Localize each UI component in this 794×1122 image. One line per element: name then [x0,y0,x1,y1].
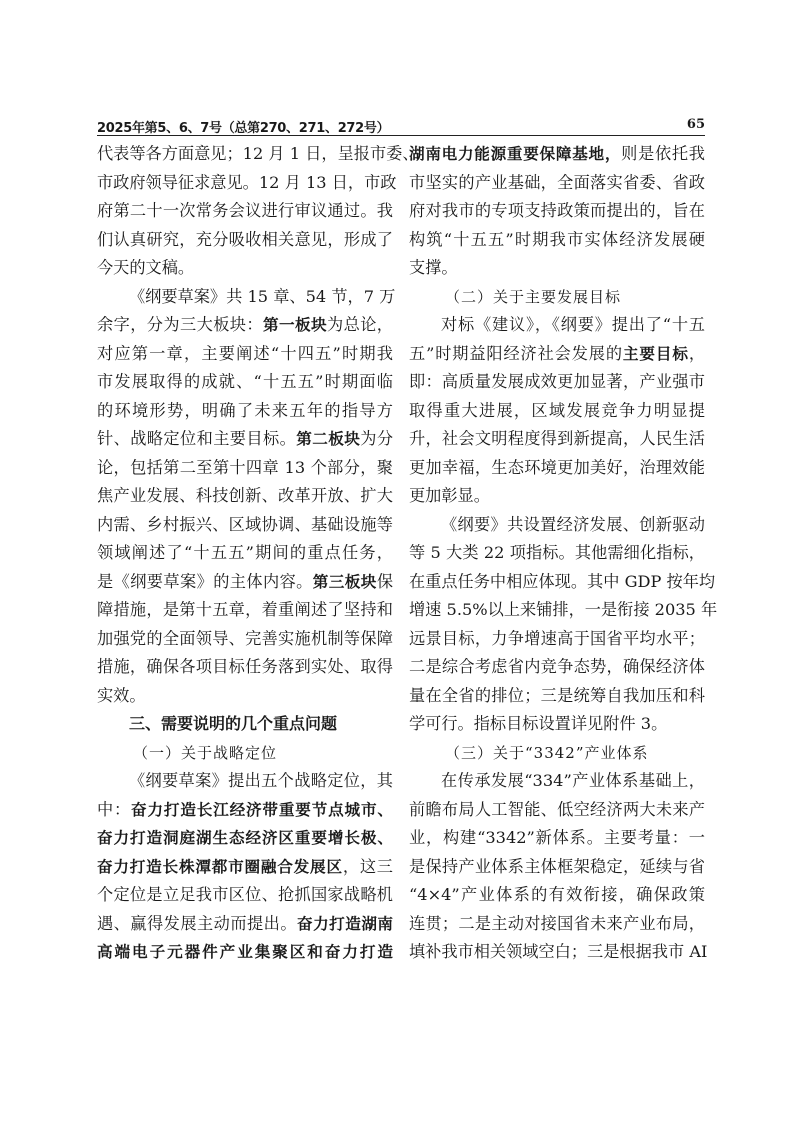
text-line: 是保持产业体系主体框架稳定，延续与省 [409,853,705,882]
text-segment: 填补我市相关领域空白；三是根据我市 AI [409,942,707,961]
text-segment: 保 [377,572,393,591]
bold-text: 第二板块 [296,430,360,448]
text-line: 前瞻布局人工智能、低空经济两大未来产 [409,796,705,825]
text-segment: 增速 5.5%以上来铺排，一是衔接 2035 年 [409,600,717,619]
text-segment: 对应第一章，主要阐述“十四五”时期我 [97,344,393,363]
text-segment: 针、战略定位和主要目标。 [97,429,296,448]
text-segment: 焦产业发展、科技创新、改革开放、扩大 [97,486,393,505]
text-segment: ，这三 [343,857,393,876]
text-segment: 为总论， [327,315,393,334]
bold-text: 奋力打造长株潭都市圈融合发展区 [97,858,343,876]
text-segment: 内需、乡村振兴、区域协调、基础设施等 [97,515,393,534]
text-segment: 更加幸福，生态环境更加美好，治理效能 [409,458,705,477]
text-line: 市坚实的产业基础，全面落实省委、省政 [409,169,705,198]
text-line: 构筑“十五五”时期我市实体经济发展硬 [409,226,705,255]
text-segment: 障措施，是第十五章，着重阐述了坚持和 [97,600,393,619]
text-segment: 前瞻布局人工智能、低空经济两大未来产 [409,800,705,819]
text-segment: 三、需要说明的几个重点问题 [129,714,337,733]
issue-info: 2025年第5、6、7号（总第270、271、272号） [97,117,389,136]
text-segment: 等 5 大类 22 项指标。其他需细化指标， [409,543,705,562]
text-segment: 论，包括第二至第十四章 13 个部分，聚 [97,458,393,477]
text-segment: 《纲要草案》提出五个战略定位，其 [129,771,393,790]
text-segment: （二）关于主要发展目标 [445,288,621,306]
text-line: 二是综合考虑省内竞争态势，确保经济体 [409,653,705,682]
text-segment: 余字，分为三大板块： [97,315,263,334]
text-line: 等 5 大类 22 项指标。其他需细化指标， [409,539,705,568]
text-line: 针、战略定位和主要目标。第二板块为分 [97,425,393,454]
text-line: “4×4”产业体系的有效衔接，确保政策 [409,881,705,910]
text-segment: （一）关于战略定位 [133,744,277,762]
bold-text: 第三板块 [313,573,377,591]
text-segment: 是保持产业体系主体框架稳定，延续与省 [409,857,705,876]
text-segment: 的环境形势，明确了未来五年的指导方 [97,401,393,420]
bold-text: 湖南电力能源重要保障基地， [409,145,621,163]
text-segment: 市坚实的产业基础，全面落实省委、省政 [409,173,705,192]
text-segment: 中： [97,800,131,819]
header-rule [97,135,705,136]
text-segment: 市政府领导征求意见。12 月 13 日，市政 [97,173,396,192]
text-line: 内需、乡村振兴、区域协调、基础设施等 [97,511,393,540]
text-segment: 今天的文稿。 [97,258,194,277]
text-line: 府对我市的专项支持政策而提出的，旨在 [409,197,705,226]
left-column: 代表等各方面意见；12 月 1 日，呈报市委、市政府领导征求意见。12 月 13… [97,140,393,967]
text-line: 奋力打造长株潭都市圈融合发展区，这三 [97,853,393,882]
text-line: 量在全省的排位；三是统筹自我加压和科 [409,682,705,711]
text-line: 个定位是立足我市区位、抢抓国家战略机 [97,881,393,910]
text-segment: 措施，确保各项目标任务落到实处、取得 [97,657,393,676]
text-line: 今天的文稿。 [97,254,393,283]
text-segment: （三）关于“3342”产业体系 [445,744,649,762]
section-heading: 三、需要说明的几个重点问题 [97,710,393,739]
text-line: 增速 5.5%以上来铺排，一是衔接 2035 年 [409,596,705,625]
text-line: 填补我市相关领域空白；三是根据我市 AI [409,938,705,967]
text-segment: 们认真研究，充分吸收相关意见，形成了 [97,230,393,249]
text-line: 市发展取得的成就、“十五五”时期面临 [97,368,393,397]
text-segment: 个定位是立足我市区位、抢抓国家战略机 [97,885,393,904]
text-segment: “4×4”产业体系的有效衔接，确保政策 [409,885,705,904]
text-segment: 遇、赢得发展主动而提出。 [97,914,297,933]
text-segment: 市发展取得的成就、“十五五”时期面临 [97,372,393,391]
text-segment: 则是依托我 [621,144,705,163]
text-line: 市政府领导征求意见。12 月 13 日，市政 [97,169,393,198]
text-segment: 府第二十一次常务会议进行审议通过。我 [97,201,393,220]
text-segment: 量在全省的排位；三是统筹自我加压和科 [409,686,705,705]
text-segment: 代表等各方面意见；12 月 1 日，呈报市委、 [97,144,419,163]
text-line: 实效。 [97,682,393,711]
text-segment: 支撑。 [409,258,458,277]
text-segment: 取得重大进展，区域发展竞争力明显提 [409,401,705,420]
text-line: 府第二十一次常务会议进行审议通过。我 [97,197,393,226]
text-line: 业，构建“3342”新体系。主要考量：一 [409,824,705,853]
bold-text: 奋力打造洞庭湖生态经济区重要增长极、 [97,829,393,847]
text-line: 加强党的全面领导、完善实施机制等保障 [97,625,393,654]
bold-text: 第一板块 [263,316,327,334]
text-line: 对应第一章，主要阐述“十四五”时期我 [97,340,393,369]
text-line: 更加幸福，生态环境更加美好，治理效能 [409,454,705,483]
text-segment: 远景目标，力争增速高于国省平均水平； [409,629,705,648]
text-line: 远景目标，力争增速高于国省平均水平； [409,625,705,654]
text-line: 领域阐述了“十五五”期间的重点任务， [97,539,393,568]
text-line: 取得重大进展，区域发展竞争力明显提 [409,397,705,426]
text-segment: 对标《建议》，《纲要》提出了“十五 [441,315,705,334]
bold-text: 高端电子元器件产业集聚区和奋力打造 [97,943,393,961]
text-line: 《纲要》共设置经济发展、创新驱动 [409,511,705,540]
text-segment: 业，构建“3342”新体系。主要考量：一 [409,828,705,847]
text-line: 支撑。 [409,254,705,283]
text-line: 连贯；二是主动对接国省未来产业布局， [409,910,705,939]
subsection-heading: （一）关于战略定位 [97,739,393,768]
subsection-heading: （二）关于主要发展目标 [409,283,705,312]
text-line: 在重点任务中相应体现。其中 GDP 按年均 [409,568,705,597]
text-segment: 五”时期益阳经济社会发展的 [409,344,623,363]
text-segment: 升，社会文明程度得到新提高，人民生活 [409,429,705,448]
text-segment: 实效。 [97,686,146,705]
text-line: 对标《建议》，《纲要》提出了“十五 [409,311,705,340]
text-line: 中：奋力打造长江经济带重要节点城市、 [97,796,393,825]
text-segment: 更加彰显。 [409,486,490,505]
page-number: 65 [687,117,705,132]
subsection-heading: （三）关于“3342”产业体系 [409,739,705,768]
text-line: 是《纲要草案》的主体内容。第三板块保 [97,568,393,597]
text-segment: 构筑“十五五”时期我市实体经济发展硬 [409,230,705,249]
bold-text: 奋力打造长江经济带重要节点城市、 [131,801,393,819]
text-segment: 《纲要草案》共 15 章、54 节，7 万 [129,287,395,306]
text-segment: ， [689,344,705,363]
text-line: 高端电子元器件产业集聚区和奋力打造 [97,938,393,967]
text-segment: 府对我市的专项支持政策而提出的，旨在 [409,201,705,220]
text-segment: 为分 [360,429,393,448]
text-segment: 领域阐述了“十五五”期间的重点任务， [97,543,393,562]
text-line: 焦产业发展、科技创新、改革开放、扩大 [97,482,393,511]
text-line: 五”时期益阳经济社会发展的主要目标， [409,340,705,369]
text-line: 余字，分为三大板块：第一板块为总论， [97,311,393,340]
text-line: 学可行。指标目标设置详见附件 3。 [409,710,705,739]
page-header: 2025年第5、6、7号（总第270、271、272号） 65 [97,117,705,135]
text-segment: 是《纲要草案》的主体内容。 [97,572,313,591]
text-line: 《纲要草案》共 15 章、54 节，7 万 [97,283,393,312]
text-line: 们认真研究，充分吸收相关意见，形成了 [97,226,393,255]
text-line: 障措施，是第十五章，着重阐述了坚持和 [97,596,393,625]
text-line: 更加彰显。 [409,482,705,511]
right-column: 湖南电力能源重要保障基地，则是依托我市坚实的产业基础，全面落实省委、省政府对我市… [409,140,705,967]
bold-text: 奋力打造湖南 [297,915,393,933]
text-line: 论，包括第二至第十四章 13 个部分，聚 [97,454,393,483]
text-line: 升，社会文明程度得到新提高，人民生活 [409,425,705,454]
text-segment: 《纲要》共设置经济发展、创新驱动 [441,515,705,534]
text-line: 代表等各方面意见；12 月 1 日，呈报市委、 [97,140,393,169]
text-segment: 二是综合考虑省内竞争态势，确保经济体 [409,657,705,676]
text-line: 《纲要草案》提出五个战略定位，其 [97,767,393,796]
text-segment: 在传承发展“334”产业体系基础上， [441,771,705,790]
text-segment: 学可行。指标目标设置详见附件 3。 [409,714,667,733]
bold-text: 主要目标 [623,345,689,363]
text-line: 奋力打造洞庭湖生态经济区重要增长极、 [97,824,393,853]
text-line: 湖南电力能源重要保障基地，则是依托我 [409,140,705,169]
text-line: 措施，确保各项目标任务落到实处、取得 [97,653,393,682]
text-segment: 在重点任务中相应体现。其中 GDP 按年均 [409,572,715,591]
text-line: 遇、赢得发展主动而提出。奋力打造湖南 [97,910,393,939]
text-line: 在传承发展“334”产业体系基础上， [409,767,705,796]
text-segment: 连贯；二是主动对接国省未来产业布局， [409,914,705,933]
text-line: 的环境形势，明确了未来五年的指导方 [97,397,393,426]
text-segment: 即：高质量发展成效更加显著，产业强市 [409,372,705,391]
text-segment: 加强党的全面领导、完善实施机制等保障 [97,629,393,648]
text-line: 即：高质量发展成效更加显著，产业强市 [409,368,705,397]
